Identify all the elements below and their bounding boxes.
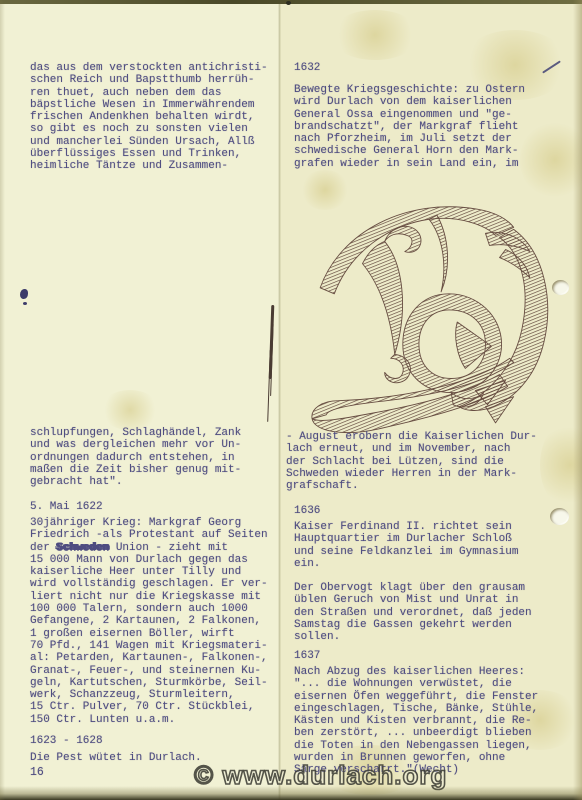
ink-blot	[20, 289, 28, 299]
paragraph-1622-post: Union - zieht mit 15 000 Mann von Durlac…	[30, 542, 268, 726]
dust-speck	[286, 1, 291, 5]
date-heading-1632: 1632	[294, 62, 320, 74]
page-number: 16	[30, 766, 44, 779]
scan-top-edge	[0, 0, 582, 4]
scan-left-edge	[0, 0, 5, 800]
date-heading-1622: 5. Mai 1622	[30, 501, 103, 513]
scan-right-edge	[573, 0, 582, 800]
date-heading-1636: 1636	[294, 505, 320, 517]
punch-hole	[552, 280, 569, 295]
ornamental-initial-d	[298, 188, 556, 442]
paragraph-august: - August erobern die Kaiserlichen Dur- l…	[286, 431, 570, 492]
paper-stain	[100, 390, 160, 430]
paragraph-obervogt: Der Obervogt klagt über den grausam üble…	[294, 582, 566, 643]
date-heading-1637: 1637	[294, 650, 320, 662]
punch-hole	[550, 508, 569, 525]
paragraph-1622: 30jähriger Krieg: Markgraf Georg Friedri…	[30, 517, 298, 726]
paragraph-schlupfungen: schlupfungen, Schlaghändel, Zank und was…	[30, 427, 292, 488]
scanned-chronicle-page: das aus dem verstockten antichristi- sch…	[0, 0, 582, 800]
paragraph-1636: Kaiser Ferdinand II. richtet sein Hauptq…	[294, 521, 566, 570]
date-heading-1623-1628: 1623 - 1628	[30, 735, 103, 747]
overstruck-word: Schweden	[56, 542, 109, 554]
paragraph-1632: Bewegte Kriegsgeschichte: zu Ostern wird…	[294, 84, 566, 170]
scan-bottom-edge	[0, 786, 582, 800]
paper-stain	[330, 10, 420, 60]
margin-ink-mark	[269, 305, 275, 379]
paragraph-intro: das aus dem verstockten antichristi- sch…	[30, 62, 292, 173]
